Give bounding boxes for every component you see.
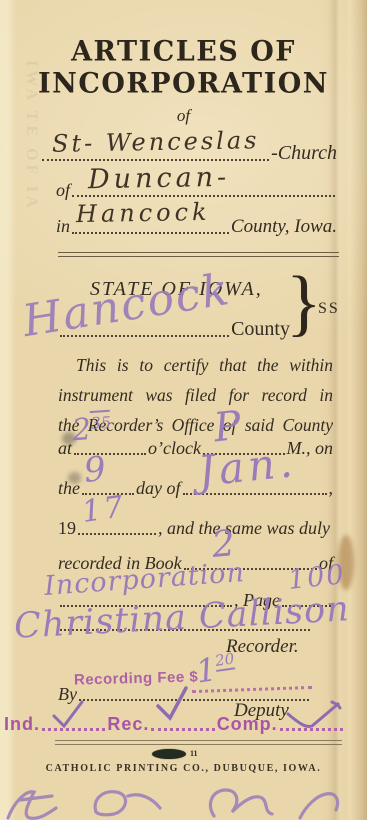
dotted-line xyxy=(42,157,269,161)
day-line: the day of , xyxy=(58,478,333,499)
comp-stamp-label: Comp. xyxy=(217,714,278,735)
scanned-document-page: IWA TE OF IA ARTICLES OF INCORPORATION o… xyxy=(0,0,367,820)
dotted-line xyxy=(282,603,331,607)
state-of-iowa-label: STATE OF IOWA, xyxy=(90,278,263,301)
dotted-line xyxy=(78,531,156,535)
county-iowa-label: County, Iowa. xyxy=(231,216,337,238)
book-label: recorded in Book xyxy=(58,553,182,574)
book-line: recorded in Book of xyxy=(58,553,333,574)
year-printed-label: 19 xyxy=(58,518,76,539)
page-label: , Page xyxy=(234,590,280,611)
venue-county-line: County xyxy=(58,318,290,341)
of-label: of xyxy=(56,180,70,201)
illegible-handwriting xyxy=(0,782,367,820)
checkmark-icon xyxy=(50,700,86,730)
county-line: in County, Iowa. xyxy=(56,216,337,238)
page-title-line2: INCORPORATION xyxy=(0,67,367,99)
union-bug-icon xyxy=(152,749,186,759)
dotted-line xyxy=(72,230,229,234)
divider-rule xyxy=(58,252,339,257)
oclock-label: o’clock xyxy=(148,438,201,459)
in-label: in xyxy=(56,216,70,237)
recorder-label: Recorder. xyxy=(226,636,299,658)
dotted-line xyxy=(60,627,310,631)
stain xyxy=(338,535,354,590)
printer-imprint: CATHOLIC PRINTING CO., DUBUQUE, IOWA. xyxy=(0,763,367,774)
church-printed-label: -Church xyxy=(271,142,337,165)
dotted-line xyxy=(184,566,317,570)
dotted-line xyxy=(74,451,146,455)
page-title-line1: ARTICLES OF xyxy=(0,35,367,67)
month-comma: , xyxy=(329,478,334,499)
stamp-dotted-line xyxy=(151,726,214,731)
dotted-line xyxy=(60,603,232,607)
year-line: 19 , and the same was duly xyxy=(58,518,333,539)
dotted-line xyxy=(82,491,134,495)
ss-brace: } xyxy=(286,266,322,340)
dotted-line xyxy=(183,491,327,495)
signature-line xyxy=(58,627,312,635)
book-of-label: of xyxy=(319,553,333,574)
county-label: County xyxy=(231,318,290,341)
the-label: the xyxy=(58,478,80,499)
time-line: at o’clock M., on xyxy=(58,438,333,459)
ind-stamp-label: Ind. xyxy=(4,714,40,735)
rec-stamp-label: Rec. xyxy=(107,714,149,735)
union-bug-number: 11 xyxy=(190,749,198,758)
of-word: of xyxy=(0,106,367,126)
checkmark-icon xyxy=(286,700,342,732)
duly-label: , and the same was duly xyxy=(158,518,330,539)
certificate-body: This is to certify that the within instr… xyxy=(58,350,333,440)
dotted-line xyxy=(203,451,285,455)
dayof-label: day of xyxy=(136,478,181,499)
stamp-underline-rule xyxy=(55,740,342,745)
church-name-line: -Church xyxy=(40,142,337,165)
m-on-label: M., on xyxy=(287,438,334,459)
dotted-line xyxy=(72,193,335,197)
dotted-line xyxy=(60,333,229,337)
town-line: of xyxy=(56,180,337,201)
series-line: , Page xyxy=(58,590,333,611)
ss-label: SS xyxy=(318,300,340,318)
at-label: at xyxy=(58,438,72,459)
